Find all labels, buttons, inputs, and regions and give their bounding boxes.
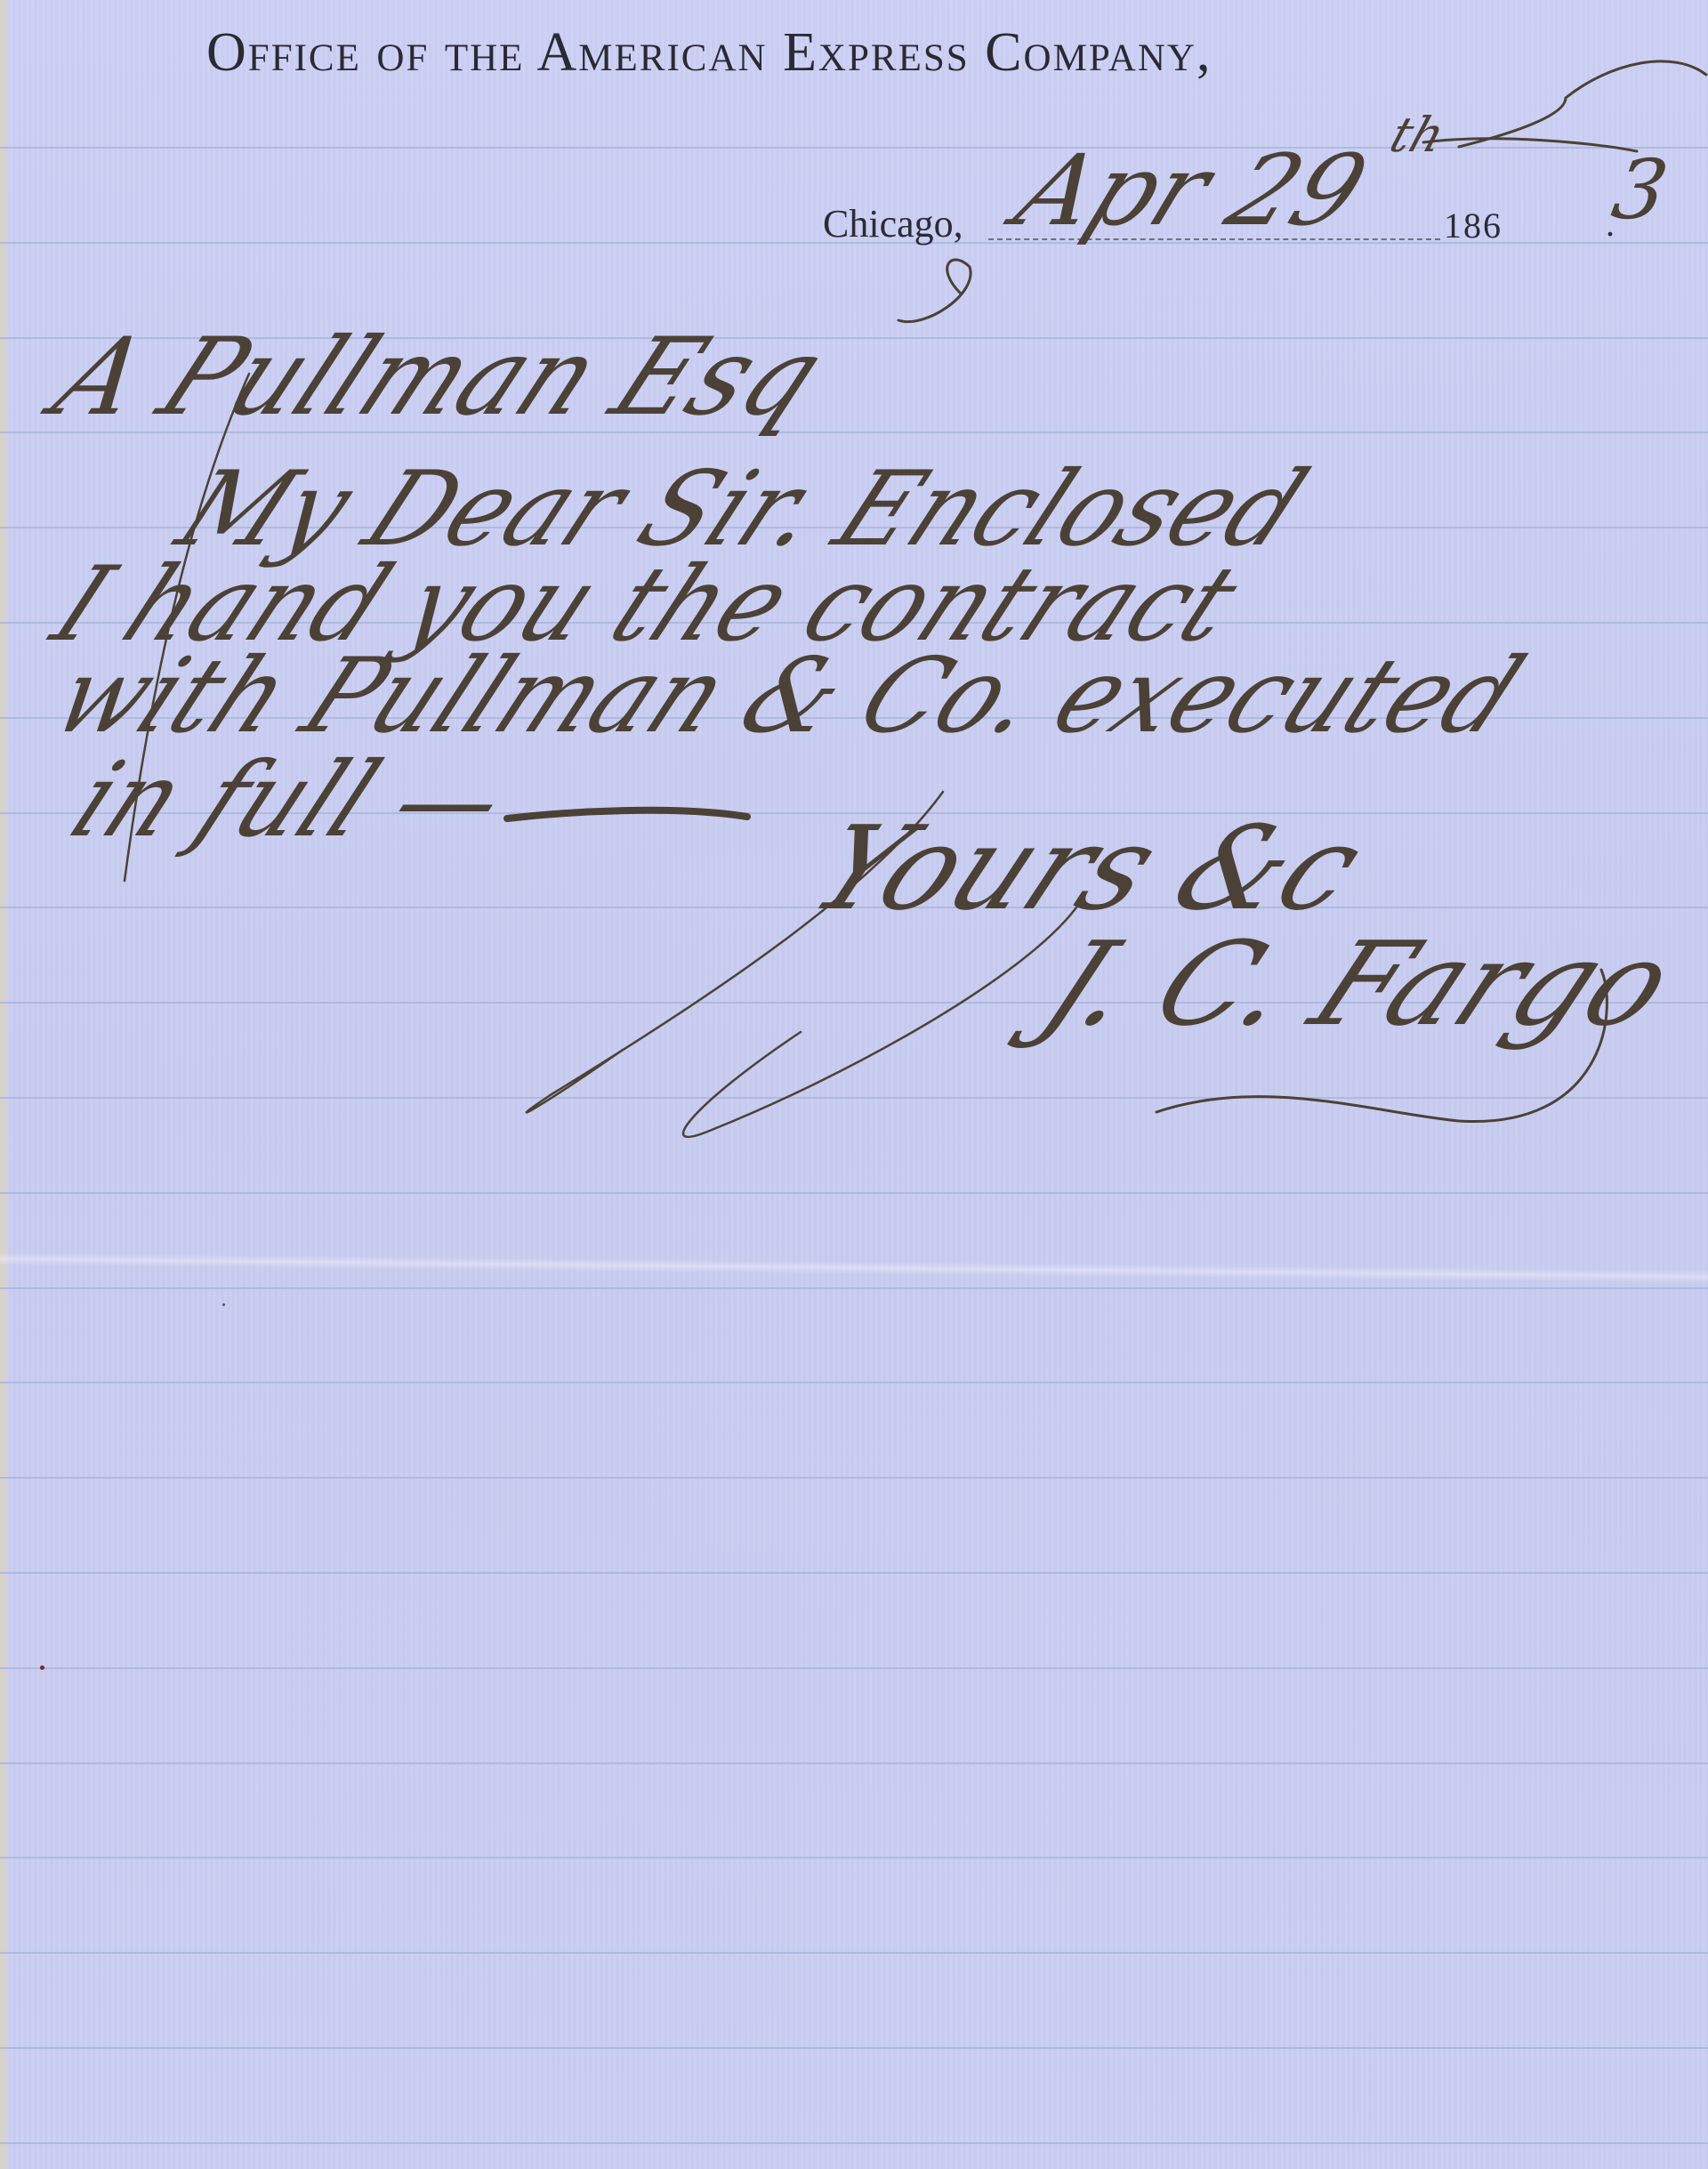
ruled-line — [0, 1097, 1708, 1099]
ink-speck — [40, 1665, 44, 1670]
printed-year-prefix: 186 — [1444, 205, 1503, 246]
ruled-line — [0, 1287, 1708, 1289]
addressee-line: A Pullman Esq — [36, 316, 842, 439]
ruled-line — [0, 1857, 1708, 1859]
ink-speck — [222, 1303, 225, 1306]
ruled-line — [0, 1762, 1708, 1764]
letterhead-title: Office of the American Express Company, — [206, 21, 1212, 85]
signature: J. C. Fargo — [1023, 916, 1696, 1052]
ruled-line — [0, 2142, 1708, 2144]
ruled-line — [0, 147, 1708, 149]
body-line-3: with Pullman & Co. executed — [36, 636, 1541, 756]
ruled-line — [0, 1477, 1708, 1479]
ruled-line — [0, 1572, 1708, 1574]
ruled-line — [0, 1952, 1708, 1954]
ruled-line — [0, 1192, 1708, 1194]
letter-page: Office of the American Express Company, … — [0, 0, 1708, 2169]
body-line-4: in full — — [53, 740, 527, 860]
ruled-line — [0, 1667, 1708, 1669]
ruled-line — [0, 2047, 1708, 2049]
printed-city: Chicago, — [823, 201, 963, 246]
handwritten-date: Apr 29 — [1001, 133, 1382, 247]
ruled-line — [0, 1382, 1708, 1383]
